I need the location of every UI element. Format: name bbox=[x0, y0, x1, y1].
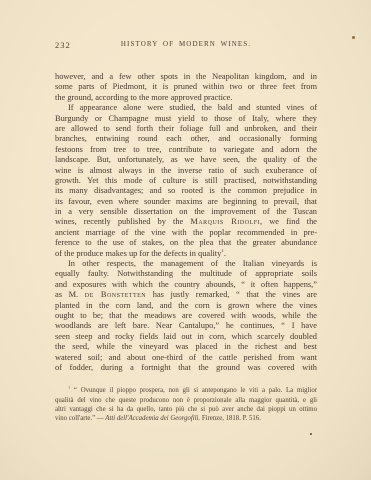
page-header: 232 HISTORY OF MODERN WINES. bbox=[55, 40, 317, 51]
text-line: wines, recently published by the Marquis… bbox=[55, 217, 317, 227]
text-line: growth. Yet this mode of culture is stil… bbox=[55, 176, 317, 186]
running-title: HISTORY OF MODERN WINES. bbox=[55, 40, 317, 48]
footnote-line: 1 “ Ovunque il pioppo prospera, non gli … bbox=[55, 386, 317, 395]
text-line: its favour, even where sounder maxims ar… bbox=[55, 197, 317, 207]
text-line: If appearance alone were studied, the ba… bbox=[55, 103, 317, 113]
text-line: of the produce makes up for the defects … bbox=[55, 249, 317, 259]
text-line: Burgundy or Champagne must yield to thos… bbox=[55, 114, 317, 124]
text-line: are allowed to send forth their foliage … bbox=[55, 124, 317, 134]
text-line: seen steep and rocky fields laid out in … bbox=[55, 332, 317, 342]
page-body: however, and a few other spots in the Ne… bbox=[55, 72, 317, 373]
text-line: ought to be; that the meadows are covere… bbox=[55, 311, 317, 321]
text-line: however, and a few other spots in the Ne… bbox=[55, 72, 317, 82]
text-line: branches, entwining round each other, an… bbox=[55, 134, 317, 144]
book-page-scan: 232 HISTORY OF MODERN WINES. however, an… bbox=[0, 0, 371, 480]
text-line: watered soil; and about one-third of the… bbox=[55, 353, 317, 363]
text-line: the seed, while the vineyard was placed … bbox=[55, 342, 317, 352]
text-line: ference to the use of stakes, on the ple… bbox=[55, 238, 317, 248]
paragraph: In other respects, the management of the… bbox=[55, 259, 317, 373]
paragraph: 1 “ Ovunque il pioppo prospera, non gli … bbox=[55, 386, 317, 423]
text-line: planted in the corn land, and the corn i… bbox=[55, 301, 317, 311]
text-line: In other respects, the management of the… bbox=[55, 259, 317, 269]
text-line: wine is almost always in the inverse rat… bbox=[55, 166, 317, 176]
text-line: landscape. But, unfortunately, as we hav… bbox=[55, 155, 317, 165]
footnote-line: altri vantaggi che si ha da quello, tant… bbox=[55, 405, 317, 414]
paragraph: however, and a few other spots in the Ne… bbox=[55, 72, 317, 103]
text-line: equally faulty. Notwithstanding the mult… bbox=[55, 269, 317, 279]
paragraph: If appearance alone were studied, the ba… bbox=[55, 103, 317, 259]
text-line: festoons from tree to tree, contribute t… bbox=[55, 145, 317, 155]
text-line: of fodder, during a fortnight that the g… bbox=[55, 363, 317, 373]
paper-speck bbox=[352, 36, 355, 39]
text-line: the ground, according to the more approv… bbox=[55, 93, 317, 103]
footnote: 1 “ Ovunque il pioppo prospera, non gli … bbox=[55, 386, 317, 423]
page-content: 232 HISTORY OF MODERN WINES. however, an… bbox=[55, 40, 317, 424]
text-line: as M. de Bonstetten has justly remarked,… bbox=[55, 290, 317, 300]
text-line: and exposures with which the country abo… bbox=[55, 280, 317, 290]
text-line: woodlands are left bare. Near Cantalupo,… bbox=[55, 321, 317, 331]
paper-speck bbox=[310, 433, 312, 435]
page-number: 232 bbox=[55, 40, 71, 50]
footnote-line: vino coll'arte.” — Atti dell'Accademia d… bbox=[55, 414, 317, 423]
text-line: ancient marriage of the vine with the po… bbox=[55, 228, 317, 238]
text-line: in a very sensible dissertation on the i… bbox=[55, 207, 317, 217]
text-line: some parts of Piedmont, it is pruned wit… bbox=[55, 82, 317, 92]
footnote-line: qualità del vino che queste producono no… bbox=[55, 396, 317, 405]
text-line: its many disadvantages; and so rooted is… bbox=[55, 186, 317, 196]
